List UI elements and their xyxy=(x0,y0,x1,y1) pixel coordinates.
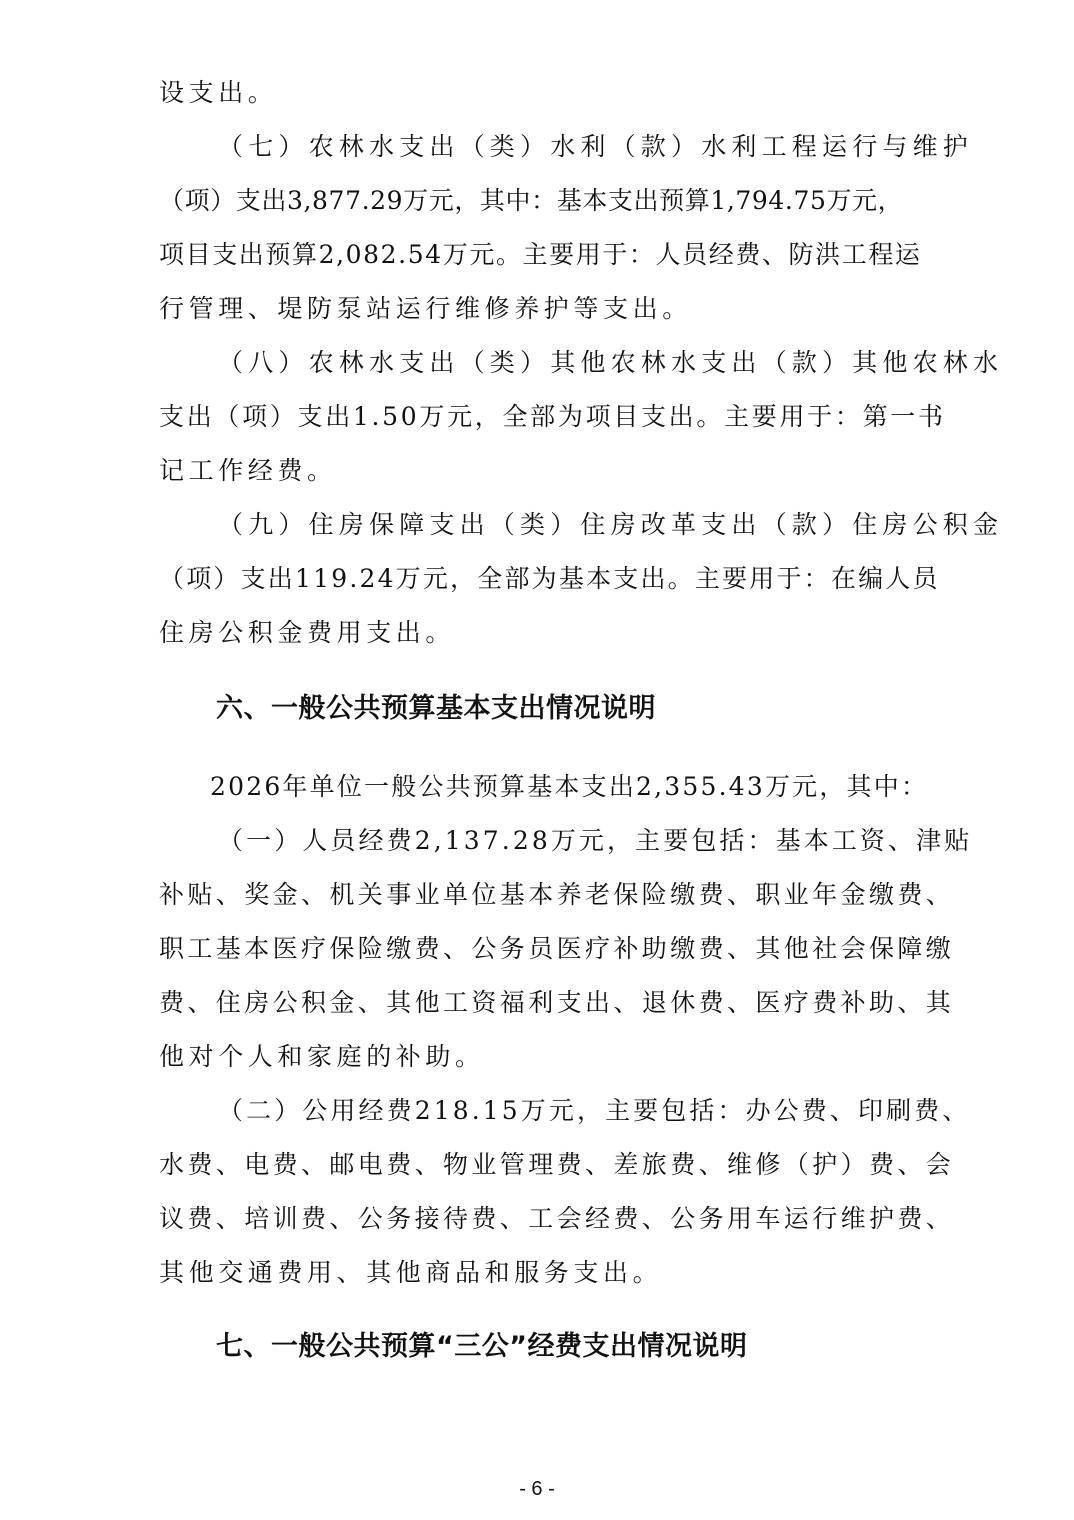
paragraph-line: 2026年单位一般公共预算基本支出2,355.43万元，其中： xyxy=(210,770,982,804)
paragraph-line: 住房公积金费用支出。 xyxy=(159,616,931,650)
document-page: 设支出。 （七）农林水支出（类）水利（款）水利工程运行与维护 （项）支出3,87… xyxy=(0,0,1074,1520)
paragraph-line: （八）农林水支出（类）其他农林水支出（款）其他农林水 xyxy=(218,346,990,380)
paragraph-line: 设支出。 xyxy=(159,76,931,110)
paragraph-line: 职工基本医疗保险缴费、公务员医疗补助缴费、其他社会保障缴 xyxy=(159,932,931,966)
paragraph-line: （九）住房保障支出（类）住房改革支出（款）住房公积金 xyxy=(218,508,990,542)
paragraph-line: 项目支出预算2,082.54万元。主要用于：人员经费、防洪工程运 xyxy=(159,238,931,272)
paragraph-line: 补贴、奖金、机关事业单位基本养老保险缴费、职业年金缴费、 xyxy=(159,878,931,912)
paragraph-line: 行管理、堤防泵站运行维修养护等支出。 xyxy=(159,292,931,326)
section-heading-6: 六、一般公共预算基本支出情况说明 xyxy=(216,691,656,727)
section-heading-7: 七、一般公共预算“三公”经费支出情况说明 xyxy=(216,1329,748,1365)
paragraph-line: 支出（项）支出1.50万元，全部为项目支出。主要用于：第一书 xyxy=(159,400,931,434)
paragraph-line: 其他交通费用、其他商品和服务支出。 xyxy=(159,1256,931,1290)
paragraph-line: 费、住房公积金、其他工资福利支出、退休费、医疗费补助、其 xyxy=(159,986,931,1020)
paragraph-line: （七）农林水支出（类）水利（款）水利工程运行与维护 xyxy=(218,130,990,164)
paragraph-line: （一）人员经费2,137.28万元，主要包括：基本工资、津贴 xyxy=(218,824,990,858)
paragraph-line: 记工作经费。 xyxy=(159,454,931,488)
paragraph-line: （项）支出3,877.29万元，其中：基本支出预算1,794.75万元， xyxy=(159,184,931,218)
paragraph-line: 水费、电费、邮电费、物业管理费、差旅费、维修（护）费、会 xyxy=(159,1148,931,1182)
page-number: - 6 - xyxy=(0,1478,1074,1501)
paragraph-line: （项）支出119.24万元，全部为基本支出。主要用于：在编人员 xyxy=(159,562,931,596)
paragraph-line: 议费、培训费、公务接待费、工会经费、公务用车运行维护费、 xyxy=(159,1202,931,1236)
paragraph-line: （二）公用经费218.15万元，主要包括：办公费、印刷费、 xyxy=(218,1094,990,1128)
paragraph-line: 他对个人和家庭的补助。 xyxy=(159,1040,931,1074)
